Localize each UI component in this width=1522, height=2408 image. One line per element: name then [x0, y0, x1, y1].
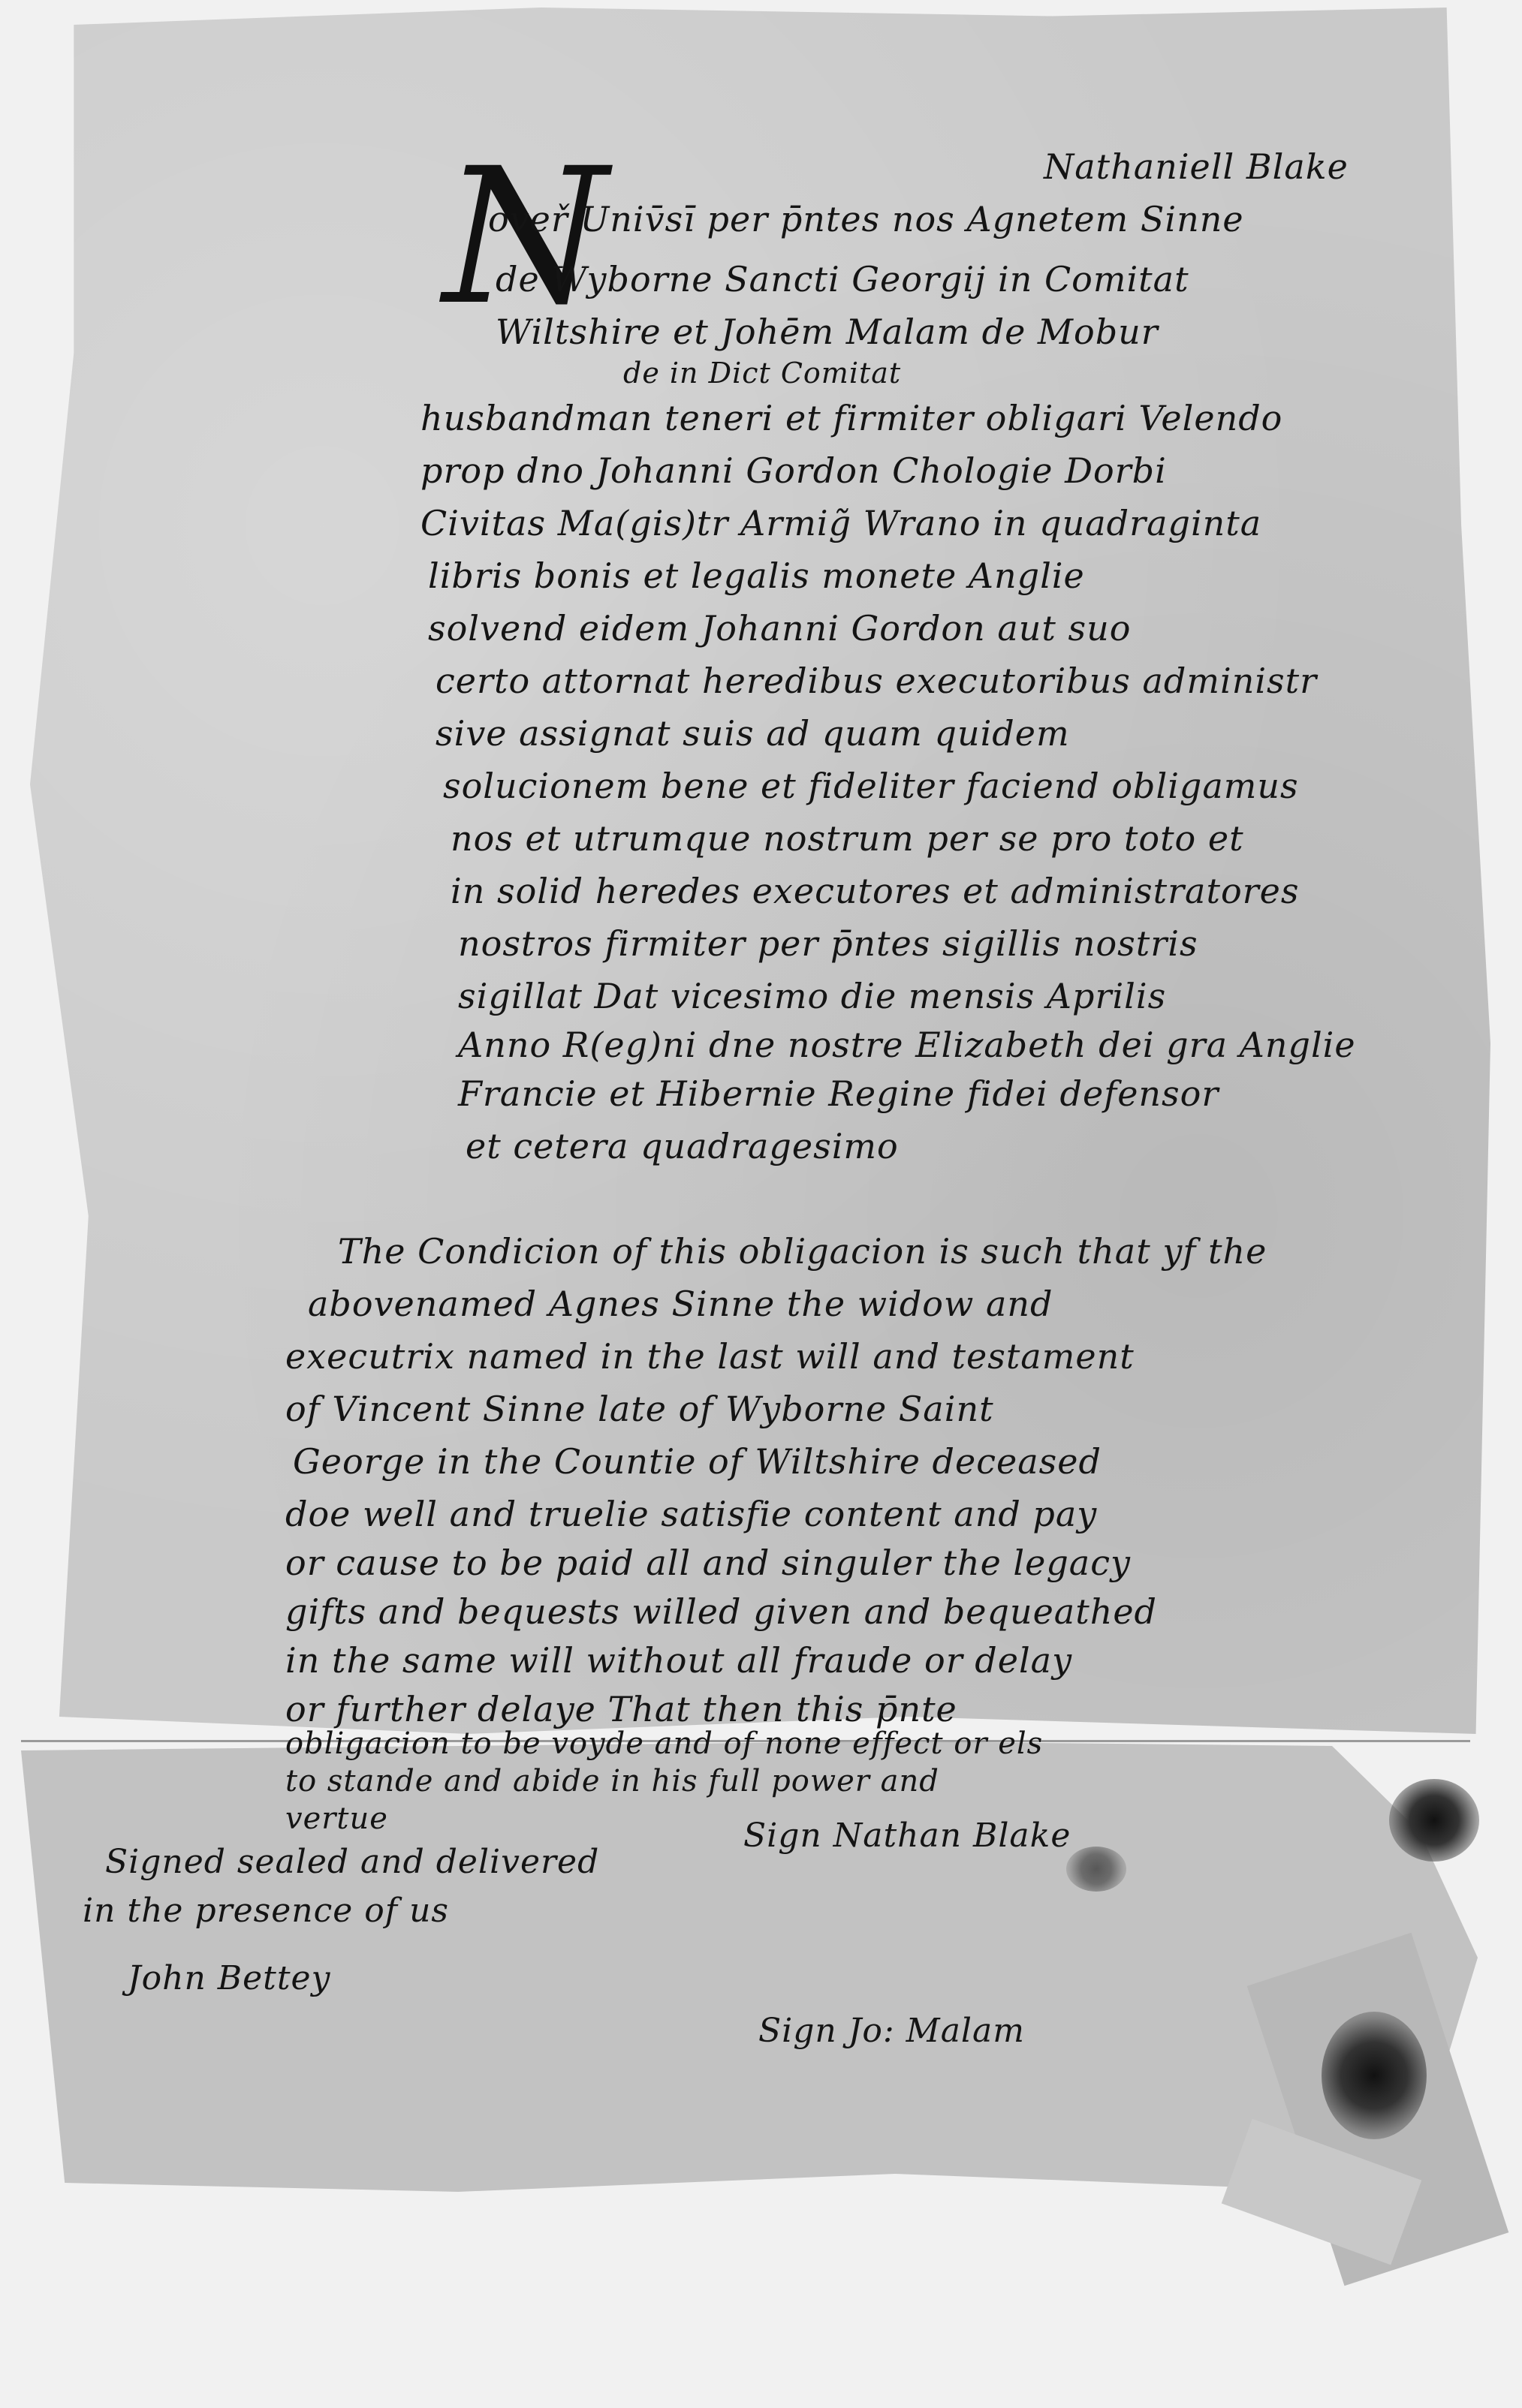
latin-line: sive assignat suis ad quam quidem [436, 713, 1070, 754]
latin-line: certo attornat heredibus executoribus ad… [436, 661, 1317, 701]
latin-line: nostros firmiter per p̄ntes sigillis nos… [458, 923, 1198, 964]
condition-line: doe well and truelie satisfie content an… [285, 1494, 1097, 1534]
interlinear-name: Nathaniell Blake [1044, 146, 1349, 187]
signature-blake: Sign Nathan Blake [743, 1817, 1071, 1855]
latin-line: sigillat Dat vicesimo die mensis Aprilis [458, 976, 1166, 1016]
condition-line: The Condicion of this obligacion is such… [338, 1231, 1267, 1272]
latin-line: Civitas Ma(gis)tr Armig̃ Wrano in quadra… [420, 503, 1261, 543]
latin-line: oveř Univ̄sī per p̄ntes nos Agnetem Sinn… [488, 199, 1244, 239]
condition-line: in the same will without all fraude or d… [285, 1640, 1072, 1681]
attestation-line: Signed sealed and delivered [105, 1843, 599, 1881]
attestation-line: in the presence of us [83, 1892, 449, 1930]
condition-line: or cause to be paid all and singuler the… [285, 1543, 1131, 1583]
condition-line: gifts and bequests willed given and bequ… [285, 1591, 1157, 1632]
wax-seal-top [1389, 1779, 1479, 1862]
latin-line: prop dno Johanni Gordon Chologie Dorbi [420, 450, 1167, 491]
signature-malam: Sign Jo: Malam [758, 2012, 1025, 2050]
ink-smudge [1066, 1847, 1126, 1892]
condition-line: or further delaye That then this p̄nte [285, 1689, 957, 1729]
latin-line: Francie et Hibernie Regine fidei defenso… [458, 1073, 1219, 1114]
condition-line: abovenamed Agnes Sinne the widow and [308, 1284, 1053, 1324]
latin-line: libris bonis et legalis monete Anglie [428, 555, 1085, 596]
condition-line: George in the Countie of Wiltshire decea… [293, 1441, 1102, 1482]
latin-line: de Wyborne Sancti Georgij in Comitat [496, 259, 1189, 299]
latin-line: nos et utrumque nostrum per se pro toto … [451, 818, 1244, 859]
condition-line: executrix named in the last will and tes… [285, 1336, 1135, 1377]
latin-line: et cetera quadragesimo [466, 1126, 899, 1166]
latin-line: de in Dict Comitat [623, 357, 901, 390]
condition-line: vertue [285, 1801, 388, 1836]
latin-line: Wiltshire et Johēm Malam de Mobur [496, 312, 1159, 352]
latin-line: Anno R(eg)ni dne nostre Elizabeth dei gr… [458, 1025, 1356, 1065]
condition-line: to stande and abide in his full power an… [285, 1764, 939, 1798]
latin-line: in solid heredes executores et administr… [451, 871, 1299, 911]
wax-seal-bottom [1322, 2012, 1427, 2139]
latin-line: husbandman teneri et firmiter obligari V… [420, 398, 1282, 438]
latin-line: solvend eidem Johanni Gordon aut suo [428, 608, 1131, 649]
condition-line: obligacion to be voyde and of none effec… [285, 1726, 1043, 1761]
condition-line: of Vincent Sinne late of Wyborne Saint [285, 1389, 994, 1429]
latin-line: solucionem bene et fideliter faciend obl… [443, 766, 1299, 806]
witness-signature: John Bettey [128, 1959, 330, 1997]
